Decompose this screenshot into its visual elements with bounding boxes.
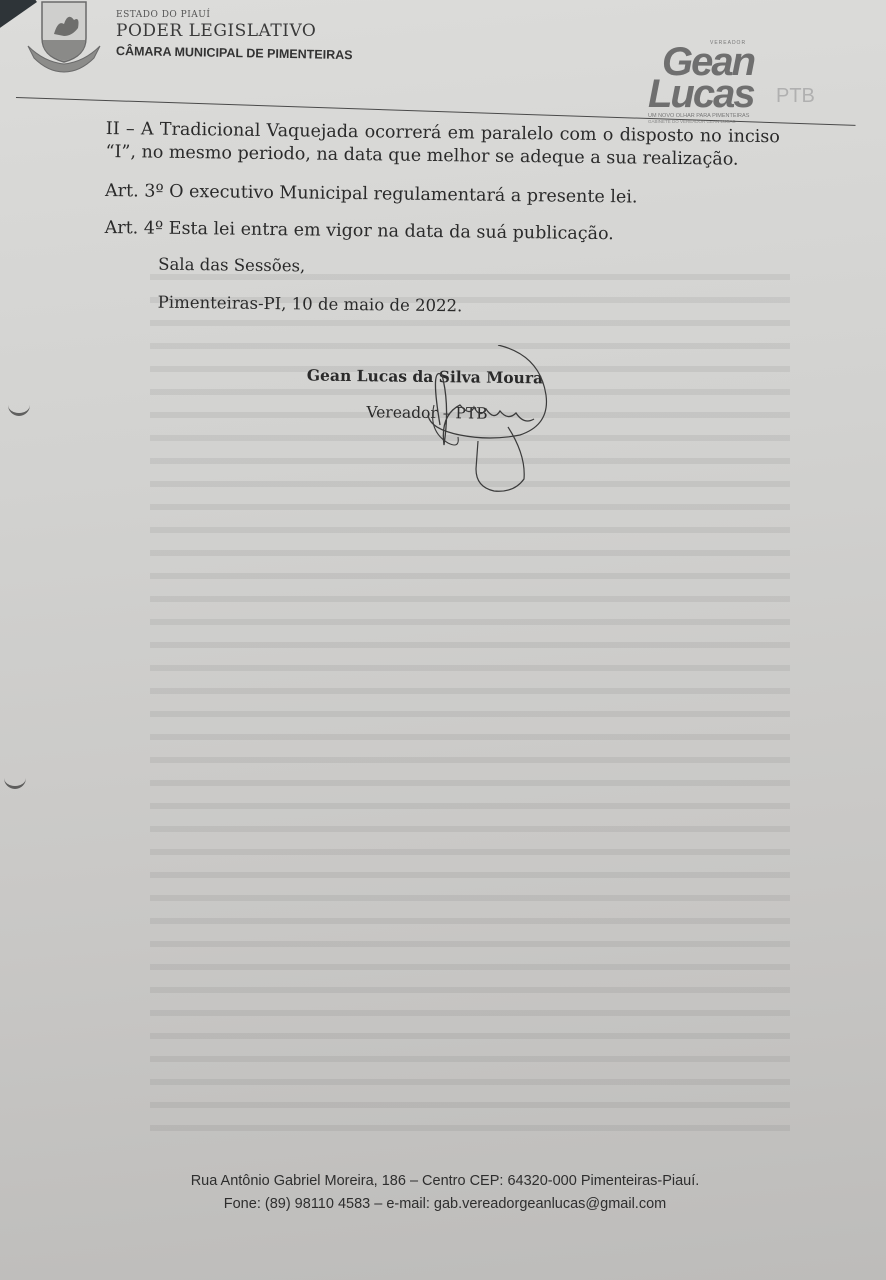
place-date: Pimenteiras-PI, 10 de maio de 2022. <box>158 293 778 320</box>
handwritten-signature-icon <box>400 345 560 495</box>
article-4: Art. 4º Esta lei entra em vigor na data … <box>105 217 779 248</box>
branch-name: PODER LEGISLATIVO <box>116 21 353 41</box>
footer-contact: Fone: (89) 98110 4583 – e-mail: gab.vere… <box>150 1193 740 1216</box>
municipal-crest-icon <box>24 0 104 74</box>
state-name: ESTADO DO PIAUÍ <box>116 10 353 20</box>
chamber-name: CÂMARA MUNICIPAL DE PIMENTEIRAS <box>116 44 353 62</box>
councilor-logo: VEREADOR Gean Lucas UM NOVO OLHAR PARA P… <box>648 40 818 124</box>
article-3: Art. 3º O executivo Municipal regulament… <box>105 180 779 211</box>
paragraph-ii: II – A Tradicional Vaquejada ocorrerá em… <box>105 118 780 172</box>
closing-line: Sala das Sessões, <box>158 255 778 282</box>
letterhead: ESTADO DO PIAUÍ PODER LEGISLATIVO CÂMARA… <box>116 10 353 58</box>
punch-hole-mark <box>4 776 26 789</box>
footer: Rua Antônio Gabriel Moreira, 186 – Centr… <box>150 1170 740 1216</box>
footer-address: Rua Antônio Gabriel Moreira, 186 – Centr… <box>150 1170 740 1193</box>
party-mark: PTB <box>776 85 815 108</box>
punch-hole-mark <box>8 403 30 416</box>
